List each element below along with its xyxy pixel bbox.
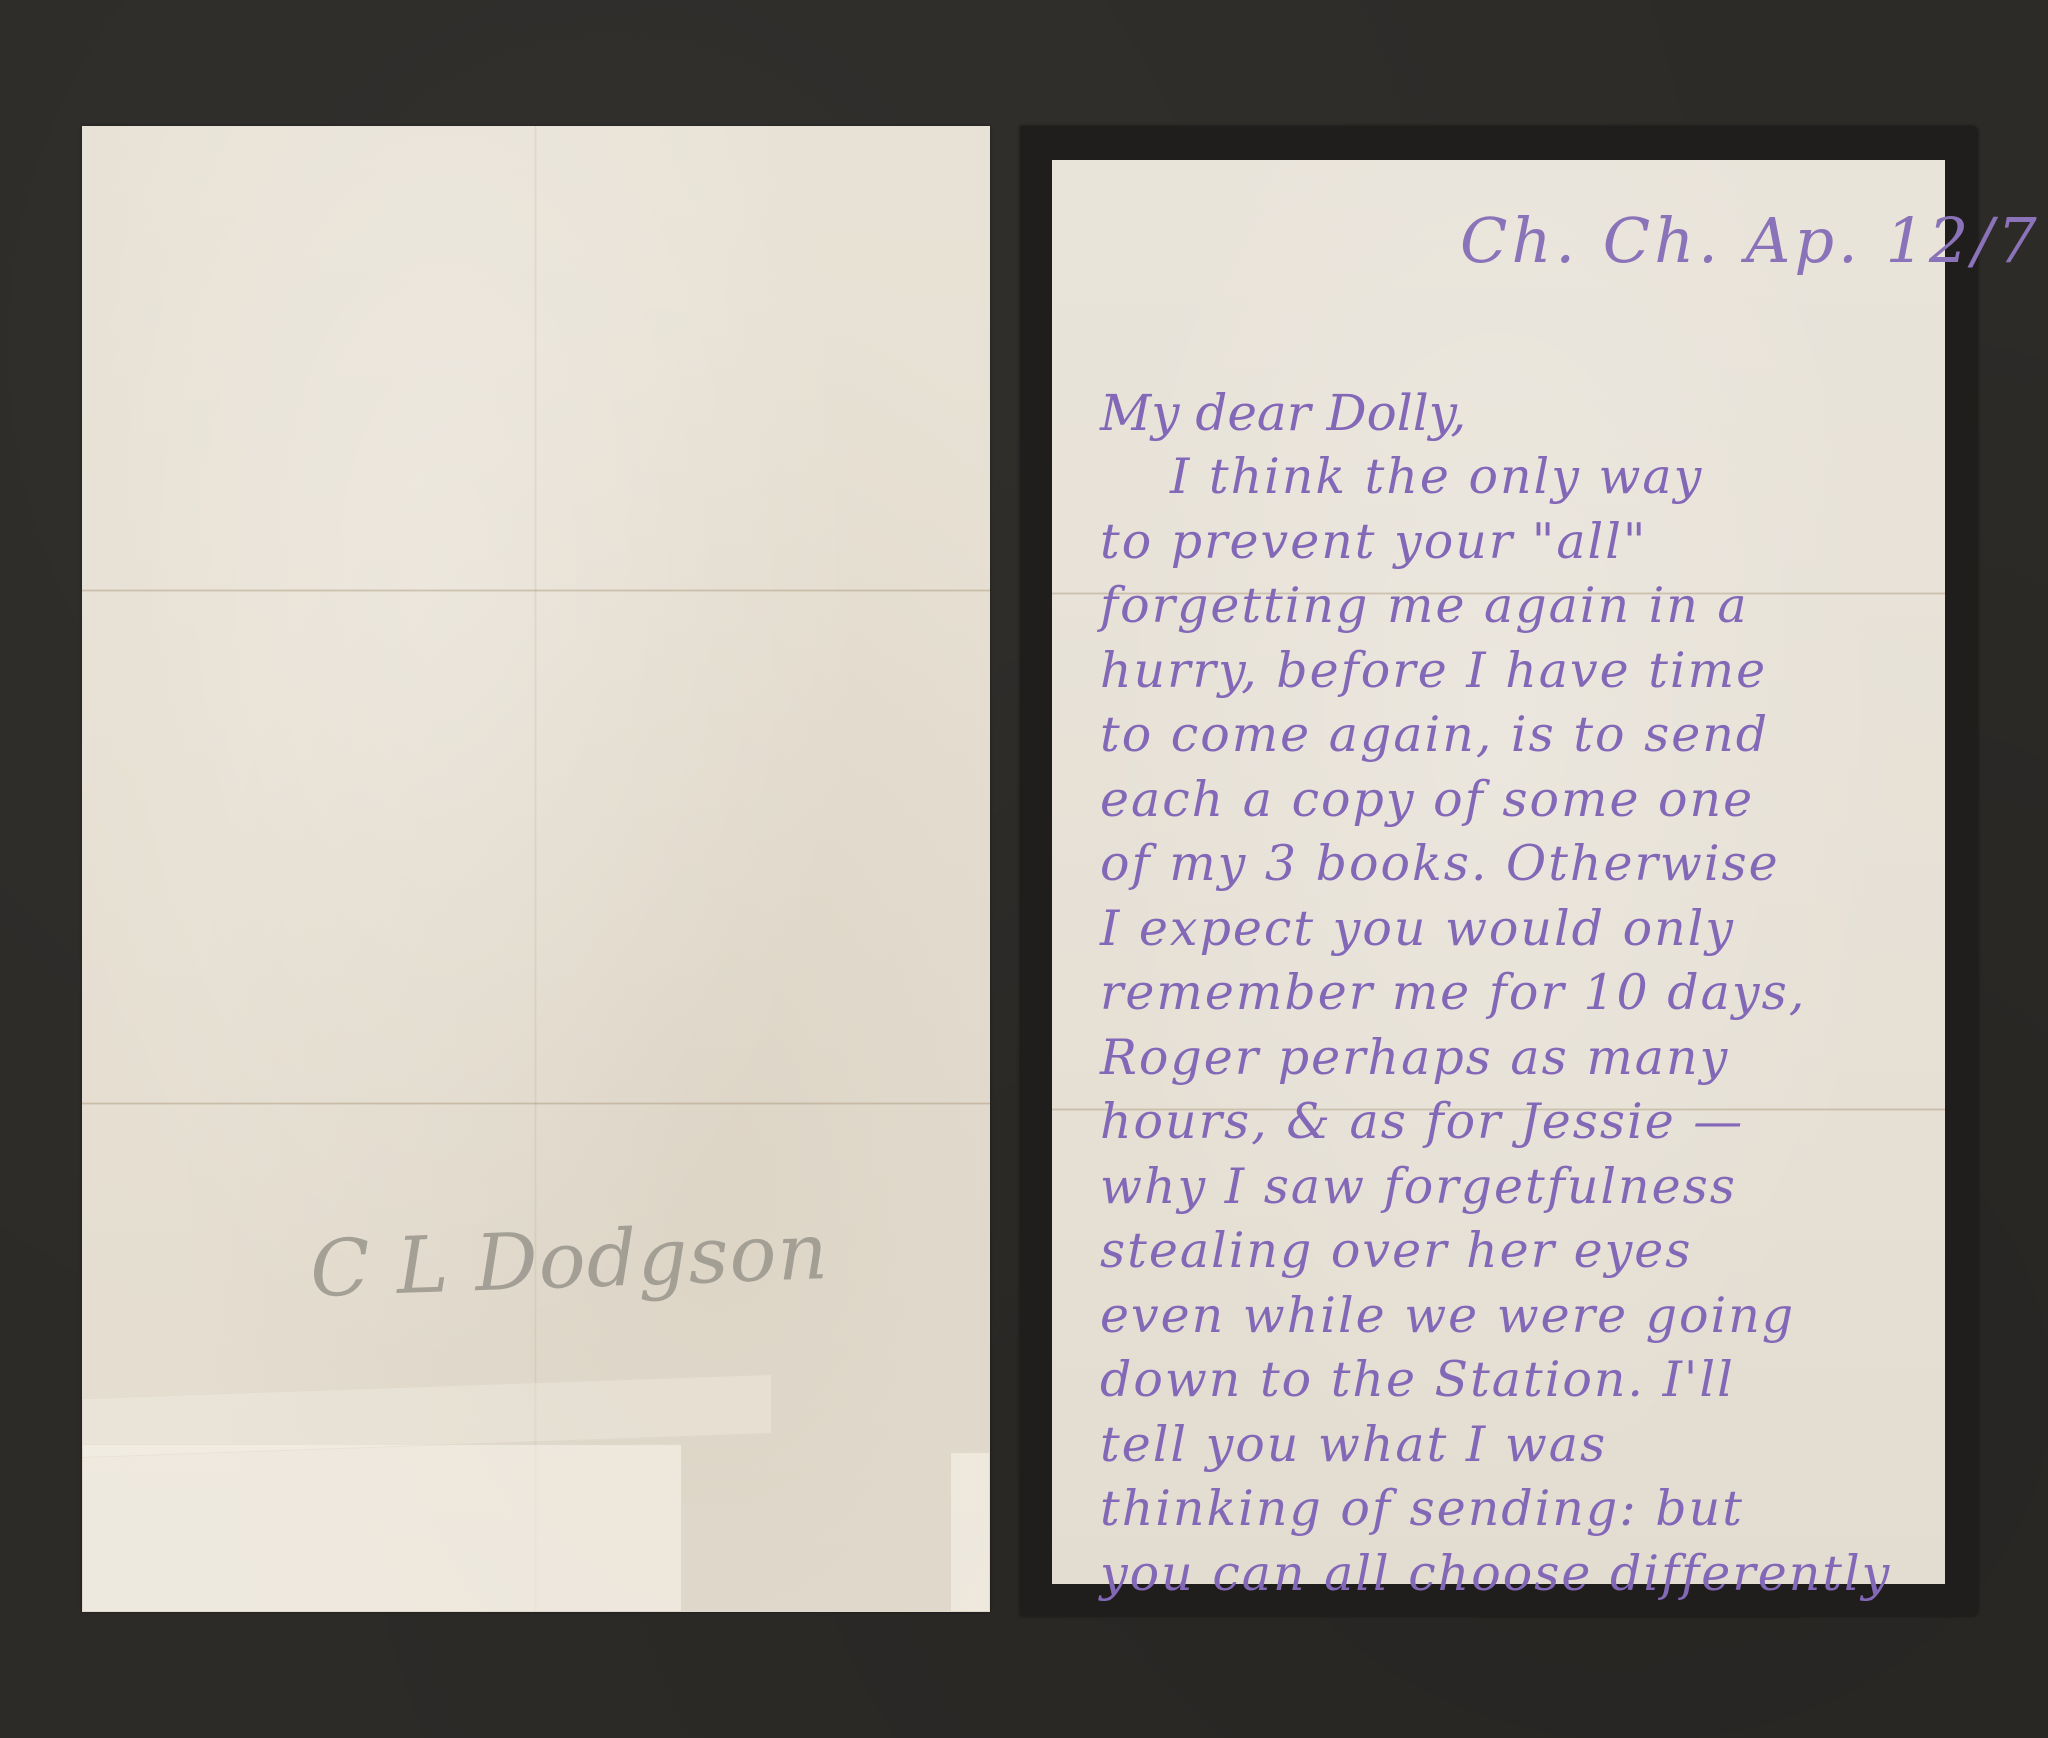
repair-tape — [82, 1444, 682, 1612]
dateline: Ch. Ch. Ap. 12/77 — [1460, 204, 2048, 277]
letter-line: why I saw forgetfulness — [1100, 1155, 1891, 1220]
letter-line: I expect you would only — [1100, 897, 1891, 962]
letter-line: forgetting me again in a — [1100, 574, 1891, 639]
letter-line: tell you what I was — [1100, 1413, 1891, 1478]
letter-line: even while we were going — [1100, 1284, 1891, 1349]
right-page-recto: Ch. Ch. Ap. 12/77 My dear Dolly, I think… — [1020, 126, 1978, 1616]
hinge-tape — [950, 1452, 990, 1612]
letter-line: stealing over her eyes — [1100, 1219, 1891, 1284]
letter-line: hours, & as for Jessie — — [1100, 1090, 1891, 1155]
salutation: My dear Dolly, — [1100, 384, 1466, 442]
letter-line: down to the Station. I'll — [1100, 1348, 1891, 1413]
letter-line: each a copy of some one — [1100, 768, 1891, 833]
letter-line: hurry, before I have time — [1100, 639, 1891, 704]
letter-line: Roger perhaps as many — [1100, 1026, 1891, 1091]
pencil-signature: C L Dodgson — [309, 1207, 830, 1315]
letter-line: remember me for 10 days, — [1100, 961, 1891, 1026]
letter-writing-area: Ch. Ch. Ap. 12/77 My dear Dolly, I think… — [1052, 160, 1945, 1584]
letter-line: you can all choose differently — [1100, 1542, 1891, 1607]
letter-line: to come again, is to send — [1100, 703, 1891, 768]
letter-line: I think the only way — [1100, 445, 1891, 510]
letter-line: thinking of sending: but — [1100, 1477, 1891, 1542]
letter-body: I think the only way to prevent your "al… — [1100, 445, 1891, 1606]
left-page-verso: C L Dodgson — [82, 126, 990, 1612]
letter-line: of my 3 books. Otherwise — [1100, 832, 1891, 897]
letter-line: to prevent your "all" — [1100, 510, 1891, 575]
